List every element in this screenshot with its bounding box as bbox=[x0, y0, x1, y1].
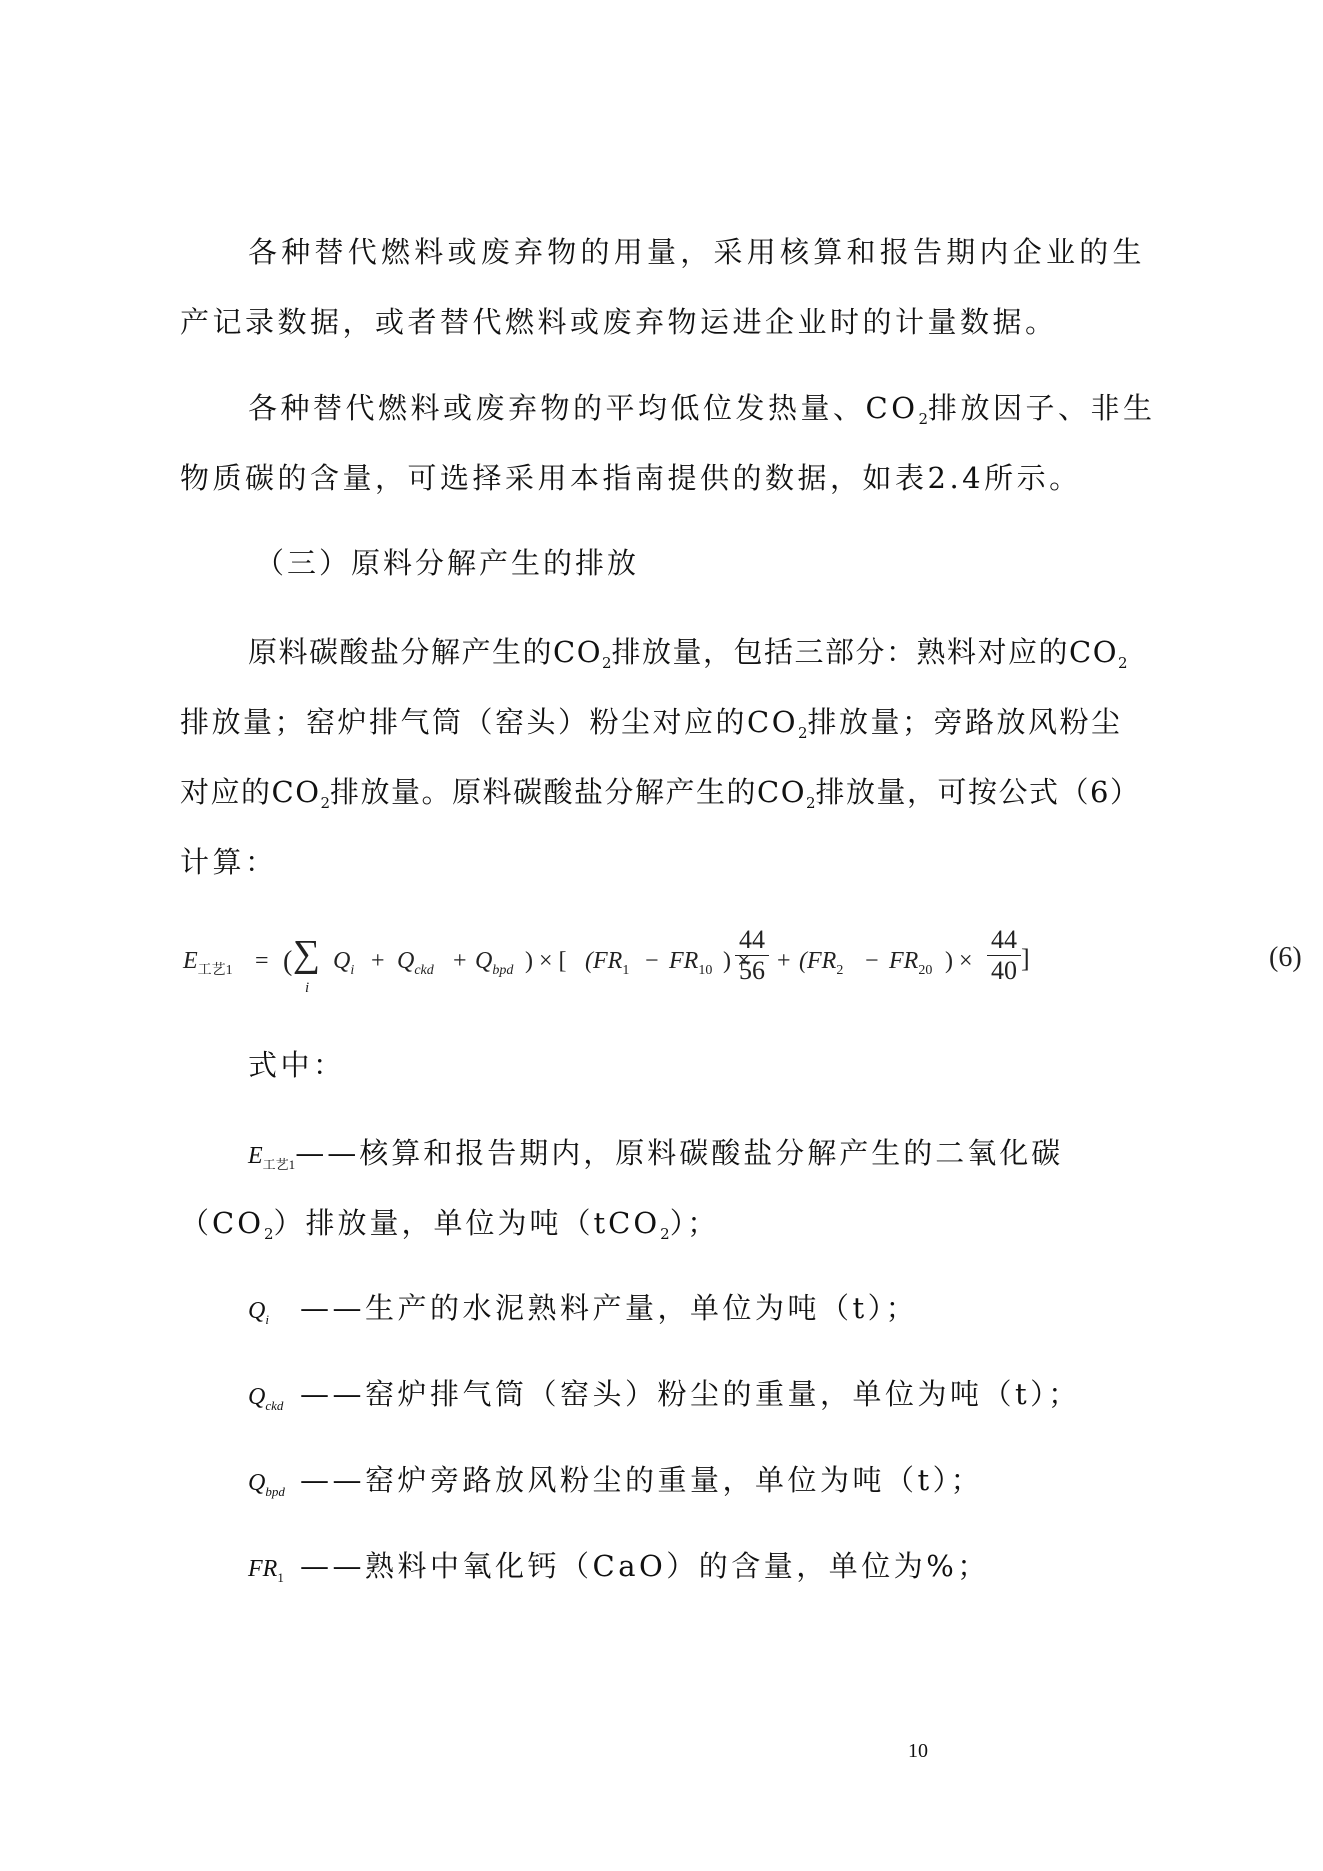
paragraph-3-line-4: 计算： bbox=[180, 842, 1145, 882]
document-page: 各种替代燃料或废弃物的用量，采用核算和报告期内企业的生 产记录数据，或者替代燃料… bbox=[0, 0, 1323, 1871]
close-bracket: ] bbox=[1021, 944, 1030, 974]
page-number: 10 bbox=[908, 1740, 928, 1763]
fr10: FR10 bbox=[669, 948, 712, 979]
subscript: 2 bbox=[806, 794, 816, 812]
text: 排放量。原料碳酸盐分解产生的CO bbox=[330, 775, 806, 809]
formula-equals: = bbox=[255, 948, 269, 975]
definition-q-i: Qi——生产的水泥熟料产量，单位为吨（t）； bbox=[248, 1288, 918, 1340]
definition-text: ——窑炉旁路放风粉尘的重量，单位为吨（t）； bbox=[300, 1463, 983, 1497]
symbol: Qi bbox=[248, 1291, 300, 1340]
text: 各种替代燃料或废弃物的平均低位发热量、CO bbox=[248, 391, 918, 425]
q-ckd: Qckd bbox=[397, 948, 434, 979]
subscript: 2 bbox=[1118, 654, 1128, 672]
fr2: (FR2 bbox=[799, 948, 843, 979]
equation-number: (6) bbox=[1269, 942, 1302, 974]
subscript: 2 bbox=[602, 654, 612, 672]
definition-e-process1: E工艺1——核算和报告期内，原料碳酸盐分解产生的二氧化碳 bbox=[248, 1133, 1063, 1185]
definition-fr1: FR1——熟料中氧化钙（CaO）的含量，单位为%； bbox=[248, 1546, 990, 1598]
plus: + bbox=[371, 948, 385, 975]
paragraph-3-line-2: 排放量；窑炉排气筒（窑头）粉尘对应的CO2排放量；旁路放风粉尘 bbox=[180, 702, 1145, 753]
paragraph-3-line-3: 对应的CO2排放量。原料碳酸盐分解产生的CO2排放量，可按公式（6） bbox=[180, 772, 1145, 823]
minus: − bbox=[865, 948, 879, 975]
text: 排放量；旁路放风粉尘 bbox=[808, 705, 1123, 739]
symbol: E工艺1 bbox=[248, 1136, 295, 1185]
text: 排放量，可按公式（6） bbox=[816, 775, 1141, 809]
formula-open-paren: ( bbox=[283, 946, 292, 978]
definition-e-process1-continued: （CO2）排放量，单位为吨（tCO2）； bbox=[180, 1203, 1145, 1254]
text: 对应的CO bbox=[180, 775, 320, 809]
fr20: FR20 bbox=[889, 948, 932, 979]
formula-6: E工艺1 = ( ∑ i Qi + Qckd + Qbpd ) × [ (FR1… bbox=[175, 920, 1135, 1010]
symbol: FR1 bbox=[248, 1549, 300, 1598]
text: 排放量，包括三部分：熟料对应的CO bbox=[612, 635, 1118, 669]
sum-index: i bbox=[305, 980, 309, 997]
section-heading: （三）原料分解产生的排放 bbox=[255, 543, 639, 583]
text: 排放量；窑炉排气筒（窑头）粉尘对应的CO bbox=[180, 705, 798, 739]
plus: + bbox=[777, 948, 791, 975]
formula-lhs: E工艺1 bbox=[183, 948, 233, 979]
paragraph-2-line-2: 物质碳的含量，可选择采用本指南提供的数据，如表2.4所示。 bbox=[180, 458, 1145, 498]
q-bpd: Qbpd bbox=[475, 948, 513, 979]
paragraph-3-line-1: 原料碳酸盐分解产生的CO2排放量，包括三部分：熟料对应的CO2 bbox=[248, 632, 1145, 683]
definition-q-bpd: Qbpd——窑炉旁路放风粉尘的重量，单位为吨（t）； bbox=[248, 1460, 983, 1512]
times-bracket: ) × [ bbox=[525, 948, 567, 975]
definition-text: ——窑炉排气筒（窑头）粉尘的重量，单位为吨（t）； bbox=[300, 1377, 1081, 1411]
paragraph-1-line-1: 各种替代燃料或废弃物的用量，采用核算和报告期内企业的生 bbox=[248, 232, 1145, 272]
q-i: Qi bbox=[333, 948, 354, 979]
symbol: Qbpd bbox=[248, 1463, 300, 1512]
plus: + bbox=[453, 948, 467, 975]
paragraph-1-line-2: 产记录数据，或者替代燃料或废弃物运进企业时的计量数据。 bbox=[180, 302, 1145, 342]
fraction-44-56: 4456 bbox=[735, 925, 769, 986]
subscript: 2 bbox=[918, 410, 928, 428]
where-label: 式中： bbox=[248, 1045, 346, 1085]
text: 排放因子、非生 bbox=[928, 391, 1156, 425]
subscript: 2 bbox=[798, 724, 808, 742]
symbol: Qckd bbox=[248, 1377, 300, 1426]
sum-symbol: ∑ bbox=[293, 932, 320, 976]
minus: − bbox=[645, 948, 659, 975]
fr1: (FR1 bbox=[585, 948, 629, 979]
paragraph-2-line-1: 各种替代燃料或废弃物的平均低位发热量、CO2排放因子、非生 bbox=[248, 388, 1145, 439]
definition-text: ——生产的水泥熟料产量，单位为吨（t）； bbox=[300, 1291, 918, 1325]
definition-q-ckd: Qckd——窑炉排气筒（窑头）粉尘的重量，单位为吨（t）； bbox=[248, 1374, 1081, 1426]
definition-text: ——核算和报告期内，原料碳酸盐分解产生的二氧化碳 bbox=[295, 1136, 1063, 1170]
subscript: 2 bbox=[320, 794, 330, 812]
times: ) × bbox=[945, 948, 973, 975]
definition-text: ——熟料中氧化钙（CaO）的含量，单位为%； bbox=[300, 1549, 990, 1583]
fraction-44-40: 4440 bbox=[987, 925, 1021, 986]
text: 原料碳酸盐分解产生的CO bbox=[248, 635, 602, 669]
